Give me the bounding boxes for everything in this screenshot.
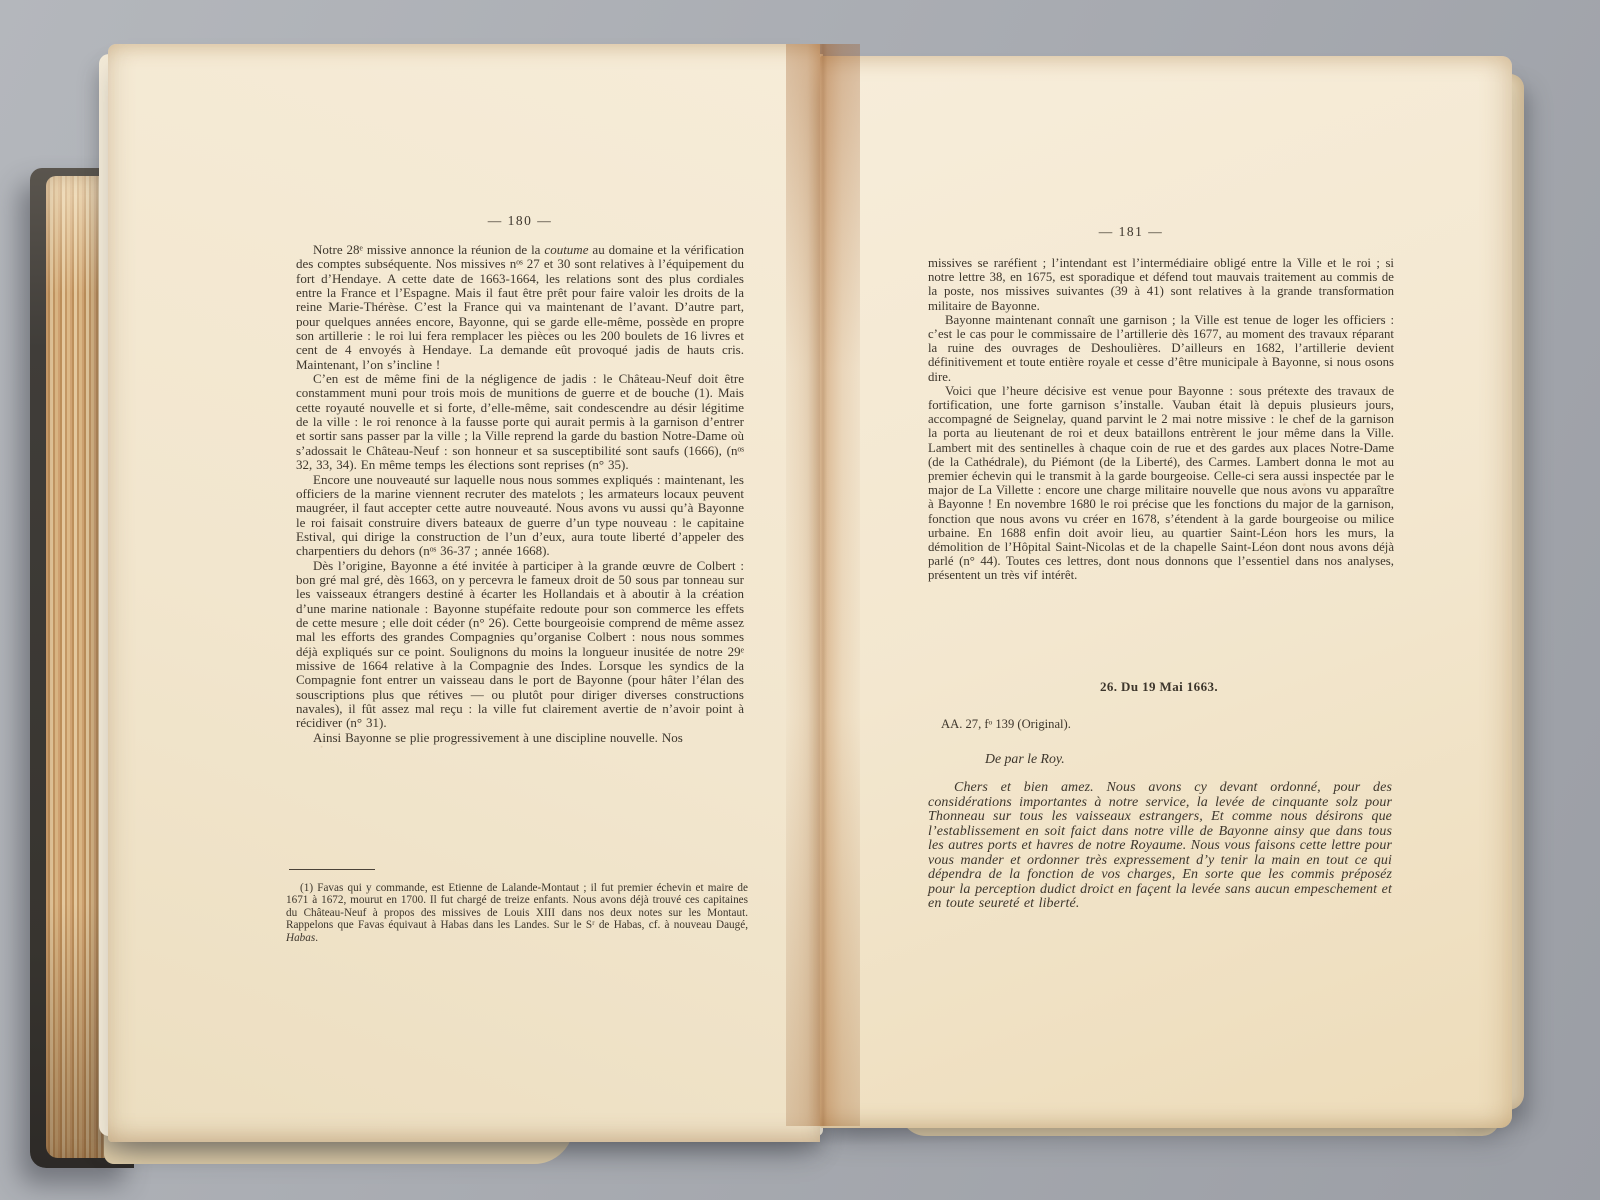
paragraph: Encore une nouveauté sur laquelle nous n… <box>296 473 744 559</box>
paragraph-text: Notre 28ᵉ missive annonce la réunion de … <box>313 242 544 257</box>
footnote-text: (1) Favas qui y commande, est Etienne de… <box>286 882 748 944</box>
paragraph: Ainsi Bayonne se plie progressivement à … <box>296 731 744 745</box>
paragraph: Dès l’origine, Bayonne a été invitée à p… <box>296 559 744 731</box>
letter-salutation: De par le Roy. <box>985 751 1065 767</box>
paragraph: Notre 28ᵉ missive annonce la réunion de … <box>296 243 744 372</box>
paragraph: Voici que l’heure décisive est venue pou… <box>928 384 1394 583</box>
right-page <box>820 56 1512 1128</box>
section-heading: 26. Du 19 Mai 1663. <box>928 679 1390 695</box>
archive-reference: AA. 27, fᵒ 139 (Original). <box>941 717 1071 732</box>
footnote-body: (1) Favas qui y commande, est Etienne de… <box>286 882 748 931</box>
footnote-body: . <box>315 932 318 944</box>
photo-background: — 180 — Notre 28ᵉ missive annonce la réu… <box>0 0 1600 1200</box>
page-number-right: — 181 — <box>900 224 1362 240</box>
page-number-left: — 180 — <box>296 213 744 229</box>
italic-term: Habas <box>286 932 315 944</box>
paragraph: Bayonne maintenant connaît une garnison … <box>928 313 1394 384</box>
italic-term: coutume <box>544 242 588 257</box>
letter-paragraph: Chers et bien amez. Nous avons cy devant… <box>928 781 1392 912</box>
right-page-text-block: missives se raréfient ; l’intendant est … <box>928 256 1394 583</box>
paragraph: missives se raréfient ; l’intendant est … <box>928 256 1394 313</box>
paragraph: C’en est de même fini de la négligence d… <box>296 372 744 472</box>
left-page-text-block: Notre 28ᵉ missive annonce la réunion de … <box>296 243 744 745</box>
paragraph-text: au domaine et la vérification des compte… <box>296 242 744 372</box>
quoted-letter-text: Chers et bien amez. Nous avons cy devant… <box>928 781 1392 912</box>
footnote-separator-rule <box>289 869 375 870</box>
